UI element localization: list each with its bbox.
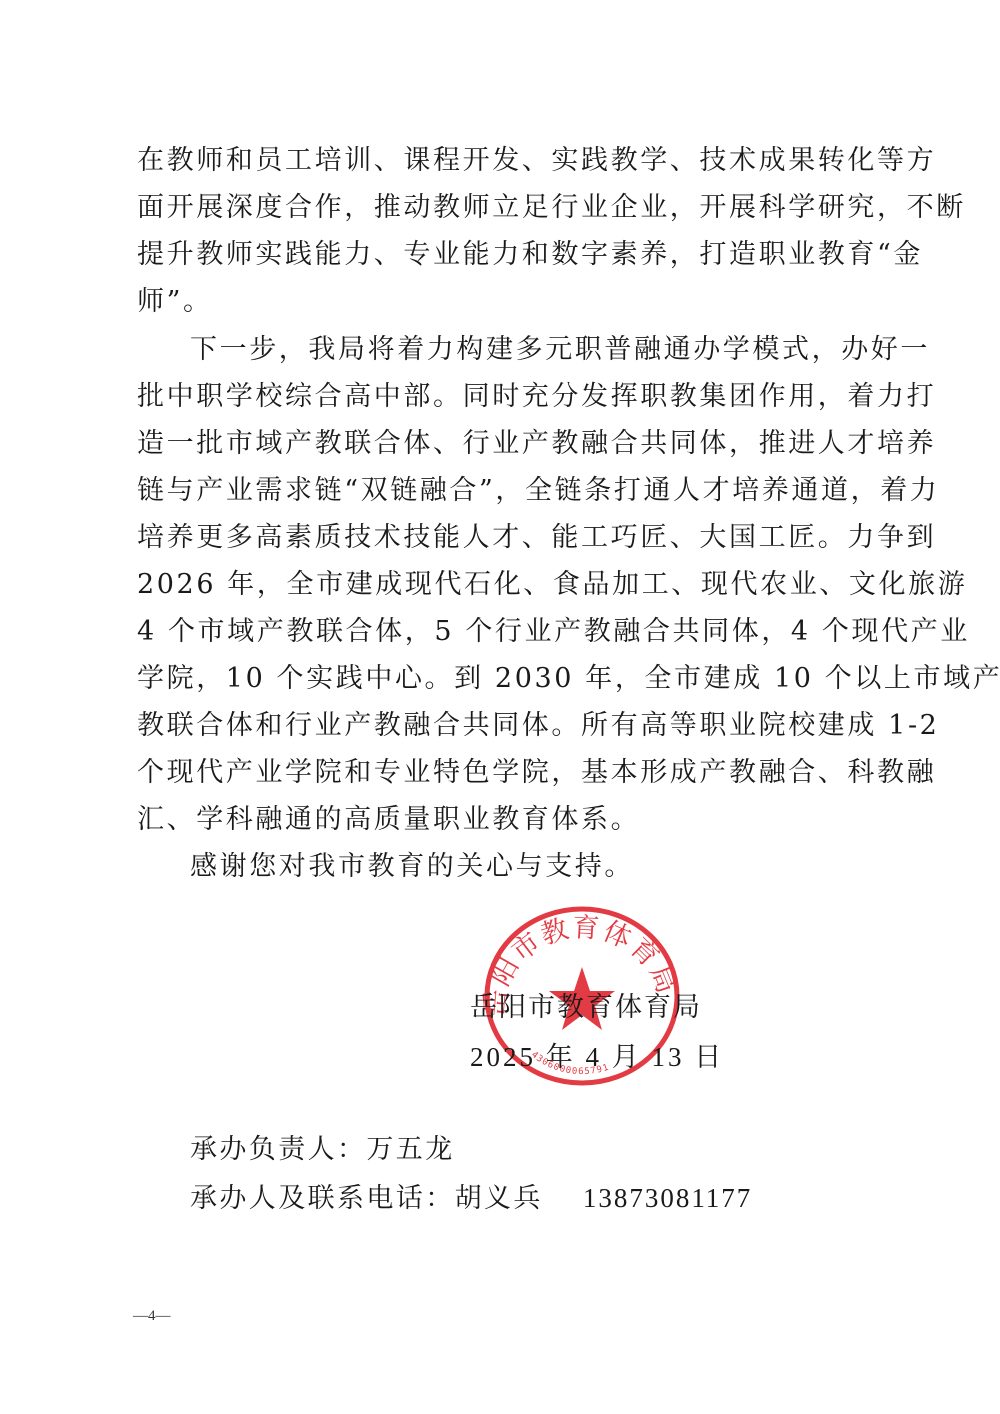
body-line: 提升教师实践能力、专业能力和数字素养，打造职业教育“金 (137, 237, 867, 273)
responsible-name: 万五龙 (366, 1134, 454, 1165)
body-line: 学院，10 个实践中心。到 2030 年，全市建成 10 个以上市域产 (137, 661, 867, 697)
handler-name: 胡义兵 (455, 1183, 543, 1214)
signing-organization: 岳阳市教育体育局 (470, 990, 702, 1026)
handler-phone: 13873081177 (583, 1183, 753, 1213)
body-line: 造一批市域产教联合体、行业产教融合共同体，推进人才培养 (137, 426, 867, 462)
body-line: 汇、学科融通的高质量职业教育体系。 (137, 802, 867, 838)
body-line: 链与产业需求链“双链融合”，全链条打通人才培养通道，着力 (137, 473, 867, 509)
responsible-label: 承办负责人： (190, 1134, 366, 1165)
handler-label: 承办人及联系电话： (190, 1183, 455, 1214)
body-line: 4 个市域产教联合体，5 个行业产教融合共同体，4 个现代产业 (137, 614, 867, 650)
body-line: 下一步，我局将着力构建多元职普融通办学模式，办好一 (190, 332, 867, 368)
body-line: 教联合体和行业产教融合共同体。所有高等职业院校建成 1-2 (137, 708, 867, 744)
body-line: 在教师和员工培训、课程开发、实践教学、技术成果转化等方 (137, 143, 867, 179)
body-line: 培养更多高素质技术技能人才、能工巧匠、大国工匠。力争到 (137, 520, 867, 556)
body-line: 个现代产业学院和专业特色学院，基本形成产教融合、科教融 (137, 755, 867, 791)
body-line: 批中职学校综合高中部。同时充分发挥职教集团作用，着力打 (137, 379, 867, 415)
page-number: —4— (133, 1308, 171, 1325)
document-page: 在教师和员工培训、课程开发、实践教学、技术成果转化等方 面开展深度合作，推动教师… (0, 0, 1000, 1414)
signing-date: 2025 年 4 月 13 日 (470, 1039, 724, 1075)
handler-contact: 承办人及联系电话：胡义兵13873081177 (190, 1180, 752, 1217)
body-line: 2026 年，全市建成现代石化、食品加工、现代农业、文化旅游 (137, 567, 867, 603)
closing-line: 感谢您对我市教育的关心与支持。 (190, 849, 867, 885)
body-line: 面开展深度合作，推动教师立足行业企业，开展科学研究，不断 (137, 190, 867, 226)
body-line: 师”。 (137, 284, 867, 320)
responsible-person: 承办负责人：万五龙 (190, 1132, 455, 1168)
